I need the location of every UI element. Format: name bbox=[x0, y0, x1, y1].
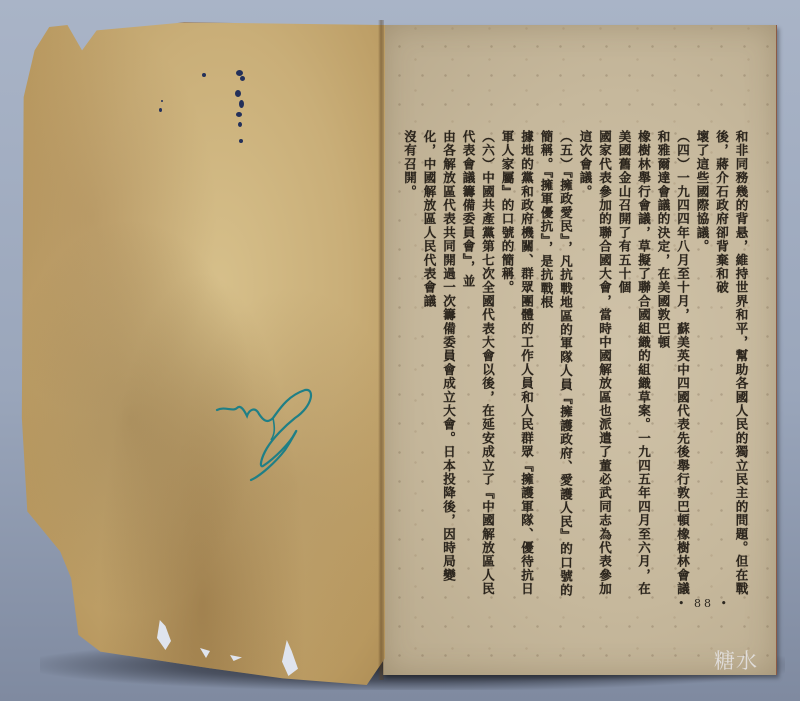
text-column-3: （四）一九四四年八月至十月，蘇美英中四國代表先後舉行敦巴頓橡樹林會議和雅爾達會議… bbox=[654, 130, 693, 600]
vertical-text-block: 和非同務幾的背悬，維持世界和平，幫助各國人民的獨立民主的問題。但在戰後，蔣介石政… bbox=[400, 130, 751, 600]
text-column-2: 壞了這些國際協議。 bbox=[693, 130, 713, 600]
photo-scene: 和非同務幾的背悬，維持世界和平，幫助各國人民的獨立民主的問題。但在戰後，蔣介石政… bbox=[0, 0, 800, 701]
left-page-cover bbox=[20, 17, 385, 685]
text-column-6: （五）『擁政愛民』，凡抗戰地區的軍隊人員『擁護政府、愛護人民』的口號的簡稱。『擁… bbox=[537, 130, 576, 600]
text-column-7: 據地的黨和政府機關、群眾團體的工作人員和人民群眾『擁護軍隊、優待抗日軍人家屬』的… bbox=[498, 130, 537, 600]
text-column-8: （六）中國共產黨第七次全國代表大會以後，在延安成立了『中國解放區人民代表會議籌備… bbox=[459, 130, 498, 600]
right-page: 和非同務幾的背悬，維持世界和平，幫助各國人民的獨立民主的問題。但在戰後，蔣介石政… bbox=[383, 25, 777, 675]
text-column-5: 國家代表參加的聯合國大會，當時中國解放區也派遣了董必武同志為代表參加這次會議。 bbox=[576, 130, 615, 600]
text-column-1: 和非同務幾的背悬，維持世界和平，幫助各國人民的獨立民主的問題。但在戰後，蔣介石政… bbox=[712, 130, 751, 600]
signature-icon bbox=[215, 388, 320, 483]
watermark: 糖水 bbox=[714, 645, 758, 675]
text-column-4: 橡樹林舉行會議，草擬了聯合國組織的組織草案。一九四五年四月至六月，在美國舊金山召… bbox=[615, 130, 654, 600]
text-column-10: 沒有召開。 bbox=[400, 130, 420, 600]
spine-fold bbox=[378, 20, 384, 680]
page-number: • 88 • bbox=[678, 597, 730, 610]
text-column-9: 由各解放區代表共同開過一次籌備委員會成立大會。日本投降後，因時局變化，中國解放區… bbox=[420, 130, 459, 600]
